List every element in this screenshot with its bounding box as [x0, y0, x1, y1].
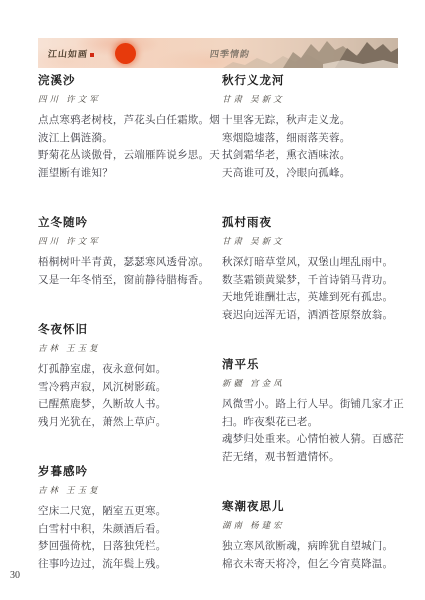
- poem-line: 茫无绪，观书暂遣情怀。: [222, 449, 398, 467]
- poem-title: 寒潮夜思儿: [222, 500, 398, 514]
- poem-line: 白雪村中积，朱颜酒后看。: [38, 521, 210, 539]
- poem-line: 秋深灯暗草堂风，双堡山埋乱雨中。: [222, 254, 398, 272]
- poem-author: 甘肃 吴新文: [222, 236, 398, 247]
- poem-author: 四川 许文军: [38, 236, 210, 247]
- poem-column-right: 秋行义龙河甘肃 吴新文十里客无踪，秋声走义龙。寒烟隐墟落，细雨落芙蓉。拭剑霜华老…: [222, 74, 398, 600]
- banner-mountains-art: [223, 38, 398, 68]
- poem-line: 已醒蕉鹿梦，久断故人书。: [38, 396, 210, 414]
- poem-line: 十里客无踪，秋声走义龙。: [222, 112, 398, 130]
- poem-line: 雪冷鸦声寂，风沉树影疏。: [38, 379, 210, 397]
- poem-line: 衰迟向远浑无语，洒洒苍原祭放翁。: [222, 307, 398, 325]
- poem-line: 野菊花丛谈傲骨，云端雁阵说乡思。天: [38, 147, 210, 165]
- poem-block: 秋行义龙河甘肃 吴新文十里客无踪，秋声走义龙。寒烟隐墟落，细雨落芙蓉。拭剑霜华老…: [222, 74, 398, 182]
- poem-block: 立冬随吟四川 许文军梧桐树叶半青黄，瑟瑟寒风透骨凉。又是一年冬悄至，窗前静待腊梅…: [38, 216, 210, 289]
- poem-author: 甘肃 吴新文: [222, 94, 398, 105]
- poem-line: 独立寒风欲断魂，病眸犹自望城门。: [222, 538, 398, 556]
- poem-block: 浣溪沙四川 许文军点点寒鸦老树枝，芦花头白任霜欺。烟波江上偶涟漪。野菊花丛谈傲骨…: [38, 74, 210, 182]
- poem-line: 天高谁可及，冷眼向孤峰。: [222, 165, 398, 183]
- banner-left-calligraphy: 江山如画: [47, 47, 88, 60]
- poem-line: 扫。昨夜梨花已老。: [222, 414, 398, 432]
- poem-line: 空床二尺宽，陋室五更寒。: [38, 503, 210, 521]
- poem-block: 寒潮夜思儿湖南 杨建宏独立寒风欲断魂，病眸犹自望城门。棉衣未寄天将冷，但乞今宵莫…: [222, 500, 398, 573]
- poem-line: 点点寒鸦老树枝，芦花头白任霜欺。烟: [38, 112, 210, 130]
- poem-line: 风微雪小。路上行人早。街铺几家才正: [222, 396, 398, 414]
- poem-title: 立冬随吟: [38, 216, 210, 230]
- banner-sun-icon: [115, 43, 136, 64]
- poem-author: 吉林 王玉复: [38, 485, 210, 496]
- poem-line: 寒烟隐墟落，细雨落芙蓉。: [222, 130, 398, 148]
- poem-line: 拭剑霜华老，熏衣酒味浓。: [222, 147, 398, 165]
- poem-block: 冬夜怀旧吉林 王玉复灯孤静室虚，夜永意何如。雪冷鸦声寂，风沉树影疏。已醒蕉鹿梦，…: [38, 323, 210, 431]
- poem-title: 孤村雨夜: [222, 216, 398, 230]
- page-number: 30: [10, 570, 20, 581]
- poem-author: 新疆 宫金凤: [222, 378, 398, 389]
- poem-line: 梦回强倚枕，日落独凭栏。: [38, 538, 210, 556]
- poem-line: 数茎霜锁黄粱梦，千首诗销马背功。: [222, 272, 398, 290]
- poem-title: 秋行义龙河: [222, 74, 398, 88]
- poem-line: 涯望断有谁知？: [38, 165, 210, 183]
- poem-line: 魂梦归处重来。心情怕被人猜。百感茫: [222, 431, 398, 449]
- poem-block: 岁暮感吟吉林 王玉复空床二尺宽，陋室五更寒。白雪村中积，朱颜酒后看。梦回强倚枕，…: [38, 465, 210, 573]
- poem-line: 残月光犹在，萧然上草庐。: [38, 414, 210, 432]
- poem-title: 岁暮感吟: [38, 465, 210, 479]
- poem-column-left: 浣溪沙四川 许文军点点寒鸦老树枝，芦花头白任霜欺。烟波江上偶涟漪。野菊花丛谈傲骨…: [38, 74, 210, 600]
- poem-line: 天地凭谁酬壮志，英雄到死有孤忠。: [222, 289, 398, 307]
- poem-line: 又是一年冬悄至，窗前静待腊梅香。: [38, 272, 210, 290]
- poem-author: 四川 许文军: [38, 94, 210, 105]
- poetry-page: 江山如画 四季情韵 浣溪沙四川 许文军点点寒鸦老树枝，芦花头白任霜欺。烟波江上偶…: [0, 0, 425, 600]
- poem-author: 湖南 杨建宏: [222, 520, 398, 531]
- poem-author: 吉林 王玉复: [38, 343, 210, 354]
- poem-title: 浣溪沙: [38, 74, 210, 88]
- poem-line: 往事吟边过，流年鬓上残。: [38, 556, 210, 574]
- poem-line: 梧桐树叶半青黄，瑟瑟寒风透骨凉。: [38, 254, 210, 272]
- poem-line: 灯孤静室虚，夜永意何如。: [38, 361, 210, 379]
- poem-block: 孤村雨夜甘肃 吴新文秋深灯暗草堂风，双堡山埋乱雨中。数茎霜锁黄粱梦，千首诗销马背…: [222, 216, 398, 324]
- poem-block: 清平乐新疆 宫金凤风微雪小。路上行人早。街铺几家才正扫。昨夜梨花已老。魂梦归处重…: [222, 358, 398, 466]
- poem-columns: 浣溪沙四川 许文军点点寒鸦老树枝，芦花头白任霜欺。烟波江上偶涟漪。野菊花丛谈傲骨…: [38, 74, 398, 600]
- banner-seal-icon: [90, 53, 94, 57]
- header-banner: 江山如画 四季情韵: [38, 38, 398, 68]
- poem-line: 波江上偶涟漪。: [38, 130, 210, 148]
- poem-title: 冬夜怀旧: [38, 323, 210, 337]
- poem-title: 清平乐: [222, 358, 398, 372]
- poem-line: 棉衣未寄天将冷，但乞今宵莫降温。: [222, 556, 398, 574]
